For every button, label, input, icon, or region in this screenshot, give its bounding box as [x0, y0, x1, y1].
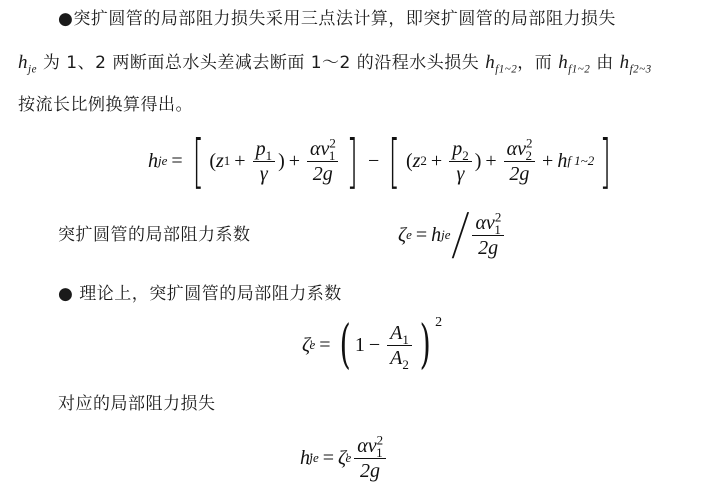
- local-loss-label: 对应的局部阻力损失: [58, 393, 216, 415]
- eq1-p1-sub: 1: [266, 148, 273, 163]
- symbol-hf3-sub: f2~3: [630, 63, 652, 75]
- eq3-A2: A: [390, 347, 402, 369]
- fraction-velocity-head-1: αv21 2g: [307, 137, 338, 186]
- eq1-2g-2: 2g: [506, 162, 532, 186]
- eq1-plus-5: +: [542, 150, 553, 173]
- eq2-zeta: ζ: [398, 224, 406, 247]
- eq3-A2-sub: 2: [402, 357, 409, 372]
- eq4-equals: =: [323, 447, 334, 470]
- local-coefficient-label: 突扩圆管的局部阻力系数: [58, 224, 251, 246]
- fraction-p2-gamma: p2 γ: [449, 137, 472, 186]
- equation-theoretical-coefficient: ζ'e = ( 1 − A1 A2 )2: [302, 314, 442, 376]
- division-slash: /: [450, 207, 469, 263]
- paren-open: (: [209, 150, 216, 173]
- eq4-v-sub: 1: [376, 445, 383, 460]
- eq1-lhs: h: [148, 150, 158, 173]
- left-bracket-2: [: [389, 132, 400, 190]
- eq2-equals: =: [416, 224, 427, 247]
- eq2-alpha-v: αv: [475, 212, 494, 234]
- eq1-plus-4: +: [485, 150, 496, 173]
- symbol-hf-sub: f1~2: [495, 63, 517, 75]
- eq1-p2-sub: 2: [462, 148, 469, 163]
- eq4-2g: 2g: [357, 459, 383, 483]
- eq2-h: h: [431, 224, 441, 247]
- eq3-A1: A: [390, 322, 402, 344]
- equation-theoretical-loss: h'je = ζ'e αv21 2g: [300, 430, 389, 486]
- symbol-hf: h: [485, 52, 495, 73]
- fraction-velocity-head: αv21 2g: [472, 211, 503, 260]
- eq1-hf: h: [557, 150, 567, 173]
- eq1-v1-sub: 1: [329, 148, 336, 163]
- eq1-plus: +: [234, 150, 245, 173]
- eq1-gamma-2: γ: [454, 162, 468, 186]
- eq1-gamma: γ: [257, 162, 271, 186]
- paren-close-large: ): [419, 319, 430, 371]
- eq1-2g: 2g: [310, 162, 336, 186]
- fraction-velocity-head-4: αv21 2g: [354, 434, 385, 483]
- eq1-alpha-v1: αv: [310, 138, 329, 160]
- intro-text-a: 为 1、2 两断面总水头差减去断面 1～2 的沿程水头损失: [43, 53, 479, 73]
- eq1-equals: =: [171, 150, 182, 173]
- eq1-minus: −: [368, 150, 379, 173]
- eq2-2g: 2g: [475, 236, 501, 260]
- eq4-alpha-v: αv: [357, 435, 376, 457]
- eq3-one: 1: [355, 334, 365, 357]
- symbol-h: h: [18, 52, 28, 73]
- paren-close-2: ): [475, 150, 482, 173]
- right-bracket-1: ]: [347, 132, 358, 190]
- fraction-area-ratio: A1 A2: [387, 321, 412, 370]
- eq1-z1: z: [216, 150, 224, 173]
- intro-text-b: ，而: [517, 53, 552, 73]
- intro-text-c: 由: [596, 53, 614, 73]
- equation-head-loss: hje = [ (z1 + p1 γ ) + αv21 2g ] − [ (z2…: [148, 130, 617, 192]
- intro-line-1: ●突扩圆管的局部阻力损失采用三点法计算，即突扩圆管的局部阻力损失: [58, 8, 616, 30]
- eq1-v2-sub: 2: [526, 148, 533, 163]
- paren-open-2: (: [406, 150, 413, 173]
- symbol-hf3: h: [620, 52, 630, 73]
- eq1-alpha-v2: αv: [507, 138, 526, 160]
- eq1-plus-3: +: [431, 150, 442, 173]
- left-bracket-1: [: [192, 132, 203, 190]
- eq1-z2: z: [413, 150, 421, 173]
- eq3-minus: −: [369, 334, 380, 357]
- symbol-hf2: h: [558, 52, 568, 73]
- equation-coefficient: ζe = hje / αv21 2g: [398, 206, 507, 264]
- theory-line: ● 理论上，突扩圆管的局部阻力系数: [58, 283, 342, 305]
- eq2-v-sub: 1: [494, 222, 501, 237]
- eq1-plus-2: +: [289, 150, 300, 173]
- paren-open-large: (: [339, 319, 350, 371]
- symbol-h-sub: je: [28, 63, 37, 75]
- eq3-equals: =: [319, 334, 330, 357]
- right-bracket-2: ]: [600, 132, 611, 190]
- eq3-power: 2: [435, 316, 442, 330]
- eq1-p1: p: [256, 138, 266, 160]
- paren-close: ): [278, 150, 285, 173]
- fraction-velocity-head-2: αv22 2g: [504, 137, 535, 186]
- fraction-p1-gamma: p1 γ: [253, 137, 276, 186]
- eq3-A1-sub: 1: [402, 332, 409, 347]
- intro-line-2: hje 为 1、2 两断面总水头差减去断面 1～2 的沿程水头损失 hf1~2，…: [18, 52, 652, 74]
- symbol-hf2-sub: f1~2: [568, 63, 590, 75]
- intro-line-3: 按流长比例换算得出。: [18, 94, 193, 116]
- eq1-p2: p: [452, 138, 462, 160]
